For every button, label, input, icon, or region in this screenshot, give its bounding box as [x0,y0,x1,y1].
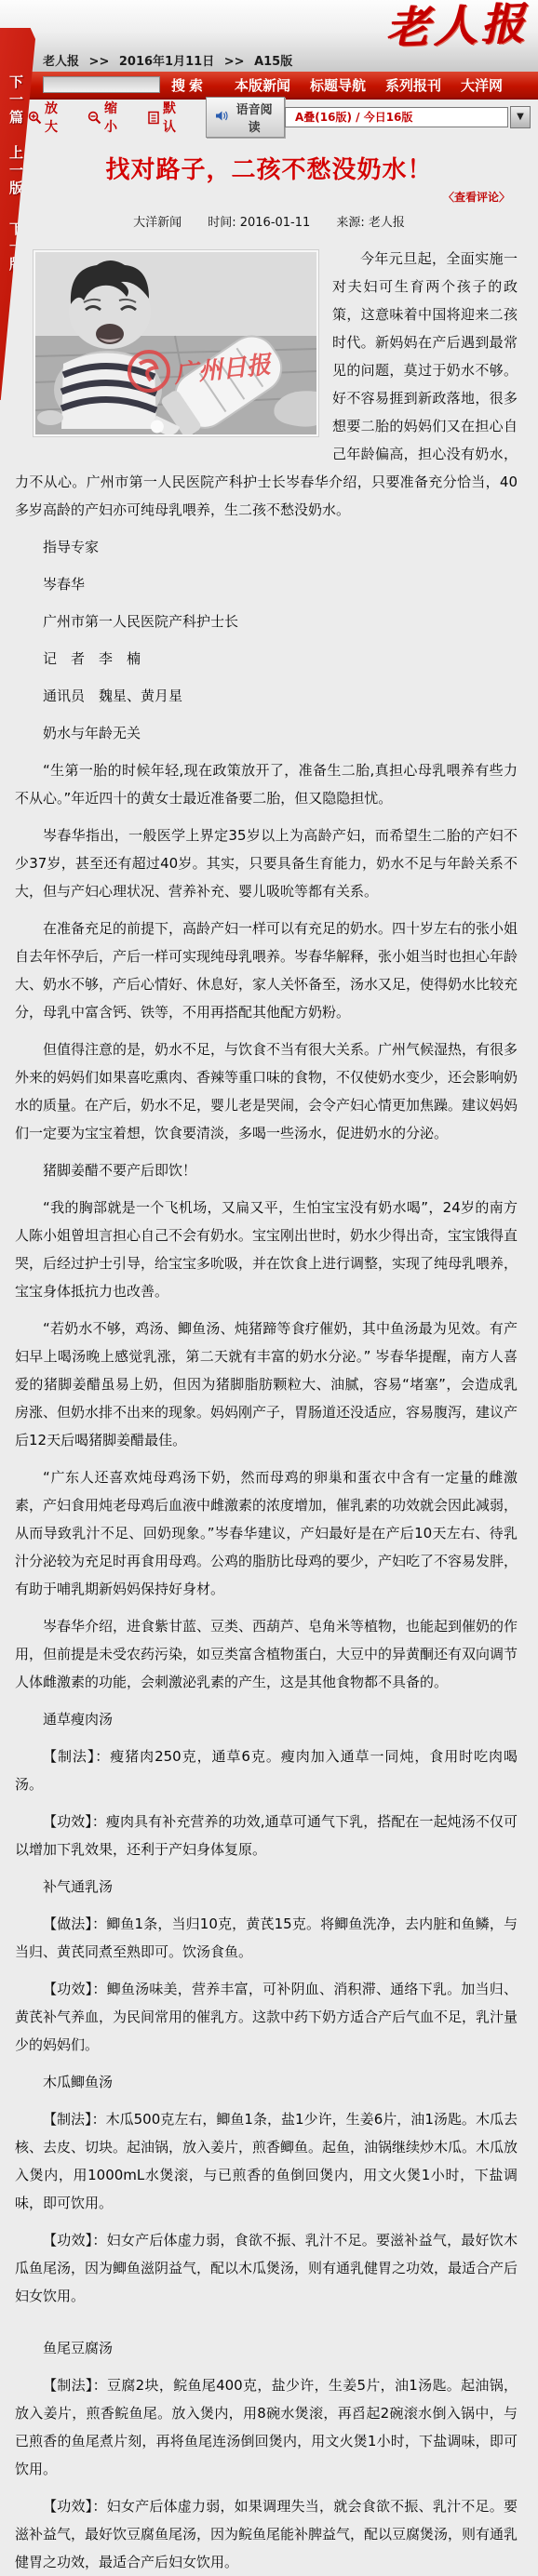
document-icon [147,111,160,125]
default-view-label: 默认 [163,99,185,136]
zoom-out-button[interactable]: 缩小 [87,99,127,136]
zoom-in-button[interactable]: 放大 [28,99,67,136]
magnifier-minus-icon [87,111,101,125]
recipe-heading: 木瓜鲫鱼汤 [15,2068,518,2096]
recipe-effect: 【功效】：瘦肉具有补充营养的功效,通草可通气下乳，搭配在一起炖汤不仅可以增加下乳… [15,1808,518,1863]
nav-link-series[interactable]: 系列报刊 [385,75,441,95]
nav-link-section-news[interactable]: 本版新闻 [235,75,290,95]
expert-affiliation: 广州市第一人民医院产科护士长 [15,607,518,635]
breadcrumb-date[interactable]: 2016年1月11日 [119,55,214,69]
breadcrumb: 老人报 >> 2016年1月11日 >> A15版 [43,51,298,69]
article-paragraph: 岑春华介绍，进食紫甘蓝、豆类、西葫芦、皂角米等植物，也能起到催奶的作用，但前提是… [15,1612,518,1696]
recipe-method: 【制法】：瘦猪肉250克，通草6克。瘦肉加入通草一同炖，食用时吃肉喝汤。 [15,1742,518,1798]
article-page: 找对路子，二孩不愁没奶水！ 〈查看评论〉 大洋新闻 时间: 2016-01-11… [0,151,538,2576]
recipe-heading: 鱼尾豆腐汤 [15,2334,518,2362]
zoom-out-label: 缩小 [104,99,127,136]
meta-time: 时间: 2016-01-11 [208,216,310,230]
voice-read-label: 语音阅读 [233,100,276,135]
correspondent-line: 通讯员 魏星、黄月星 [15,682,518,710]
breadcrumb-page[interactable]: A15版 [254,55,292,69]
article-paragraph: “生第一胎的时候年轻,现在政策放开了，准备生二胎,真担心母乳喂养有些力不从心。”… [15,756,518,812]
article-paragraph: 但值得注意的是，奶水不足，与饮食不当有很大关系。广州气候湿热，有很多外来的妈妈们… [15,1035,518,1147]
zoom-in-label: 放大 [45,99,67,136]
recipe-effect: 【功效】：鲫鱼汤味美，营养丰富，可补阴血、消积滞、通络下乳。加当归、黄芪补气养血… [15,1975,518,2059]
recipe-effect: 【功效】：妇女产后体虚力弱，食欲不振、乳汁不足。要滋补益气，最好饮木瓜鱼尾汤，因… [15,2226,518,2310]
breadcrumb-separator: >> [89,55,110,69]
nav-link-title-nav[interactable]: 标题导航 [310,75,366,95]
nav-link-dayoo[interactable]: 大洋网 [461,75,503,95]
speaker-icon [215,110,228,125]
article-paragraph: “广东人还喜欢炖母鸡汤下奶，然而母鸡的卵巢和蛋衣中含有一定量的雌激素，产妇食用炖… [15,1463,518,1603]
edition-select-value[interactable]: A叠(16版) / 今日16版 [285,107,508,127]
search-input[interactable] [43,76,160,93]
article-paragraph: 岑春华指出，一般医学上界定35岁以上为高龄产妇，而希望生二胎的产妇不少37岁，甚… [15,821,518,905]
default-view-button[interactable]: 默认 [147,99,185,136]
section-heading: 猪脚姜醋不要产后即饮！ [15,1156,518,1184]
breadcrumb-separator: >> [224,55,245,69]
toolbar: 放大 缩小 默认 语音阅读 A叠(16版) / 今日16版 ▼ [0,102,538,132]
article-photo: 广州日报 [34,250,318,436]
paper-logo: 老人报 [385,0,530,57]
next-article-link[interactable]: 下一篇 [7,74,26,127]
recipe-method: 【做法】：鲫鱼1条，当归10克，黄芪15克。将鲫鱼洗净，去内脏和鱼鳞，与当归、黄… [15,1910,518,1966]
breadcrumb-paper[interactable]: 老人报 [43,55,79,69]
recipe-heading: 通草瘦肉汤 [15,1705,518,1733]
reporter-line: 记 者 李 楠 [15,645,518,673]
section-heading: 奶水与年龄无关 [15,719,518,747]
recipe-method: 【制法】：豆腐2块，鲩鱼尾400克，盐少许，生姜5片，油1汤匙。起油锅，放入姜片… [15,2371,518,2483]
recipe-heading: 补气通乳汤 [15,1873,518,1901]
article-meta: 大洋新闻 时间: 2016-01-11 来源: 老人报 [0,212,538,230]
article-title: 找对路子，二孩不愁没奶水！ [0,151,538,185]
view-comments-link[interactable]: 〈查看评论〉 [0,189,538,205]
meta-origin: 来源: 老人报 [336,216,405,230]
recipe-effect: 【功效】：妇女产后体虚力弱，如果调理失当，就会食欲不振、乳汁不足。要滋补益气，最… [15,2492,518,2576]
recipe-method: 【制法】：木瓜500克左右，鲫鱼1条，盐1少许，生姜6片，油1汤匙。木瓜去核、去… [15,2105,518,2217]
article-paragraph: “若奶水不够，鸡汤、鲫鱼汤、炖猪蹄等食疗催奶，其中鱼汤最为见效。有产妇早上喝汤晚… [15,1315,518,1454]
edition-selector: A叠(16版) / 今日16版 ▼ [285,106,531,128]
article-paragraph: “我的胸部就是一个飞机场，又扁又平，生怕宝宝没有奶水喝”，24岁的南方人陈小姐曾… [15,1194,518,1305]
voice-read-button[interactable]: 语音阅读 [206,97,285,138]
nav-links: 本版新闻 标题导航 系列报刊 大洋网 [235,75,538,95]
top-navbar: 搜索 本版新闻 标题导航 系列报刊 大洋网 [0,72,538,100]
meta-source[interactable]: 大洋新闻 [133,216,182,230]
magnifier-plus-icon [28,111,42,125]
masthead: 老人报 老人报 >> 2016年1月11日 >> A15版 [0,0,538,72]
expert-name: 岑春华 [15,570,518,598]
expert-label: 指导专家 [15,533,518,561]
chevron-down-icon[interactable]: ▼ [510,106,531,128]
article-paragraph: 在准备充足的前提下，高龄产妇一样可以有充足的奶水。四十岁左右的张小姐自去年怀孕后… [15,914,518,1026]
article-body: 广州日报 今年元旦起，全面实施一对夫妇可生育两个孩子的政策，这意味着中国将迎来二… [15,245,518,2576]
search-button[interactable]: 搜索 [171,75,207,95]
